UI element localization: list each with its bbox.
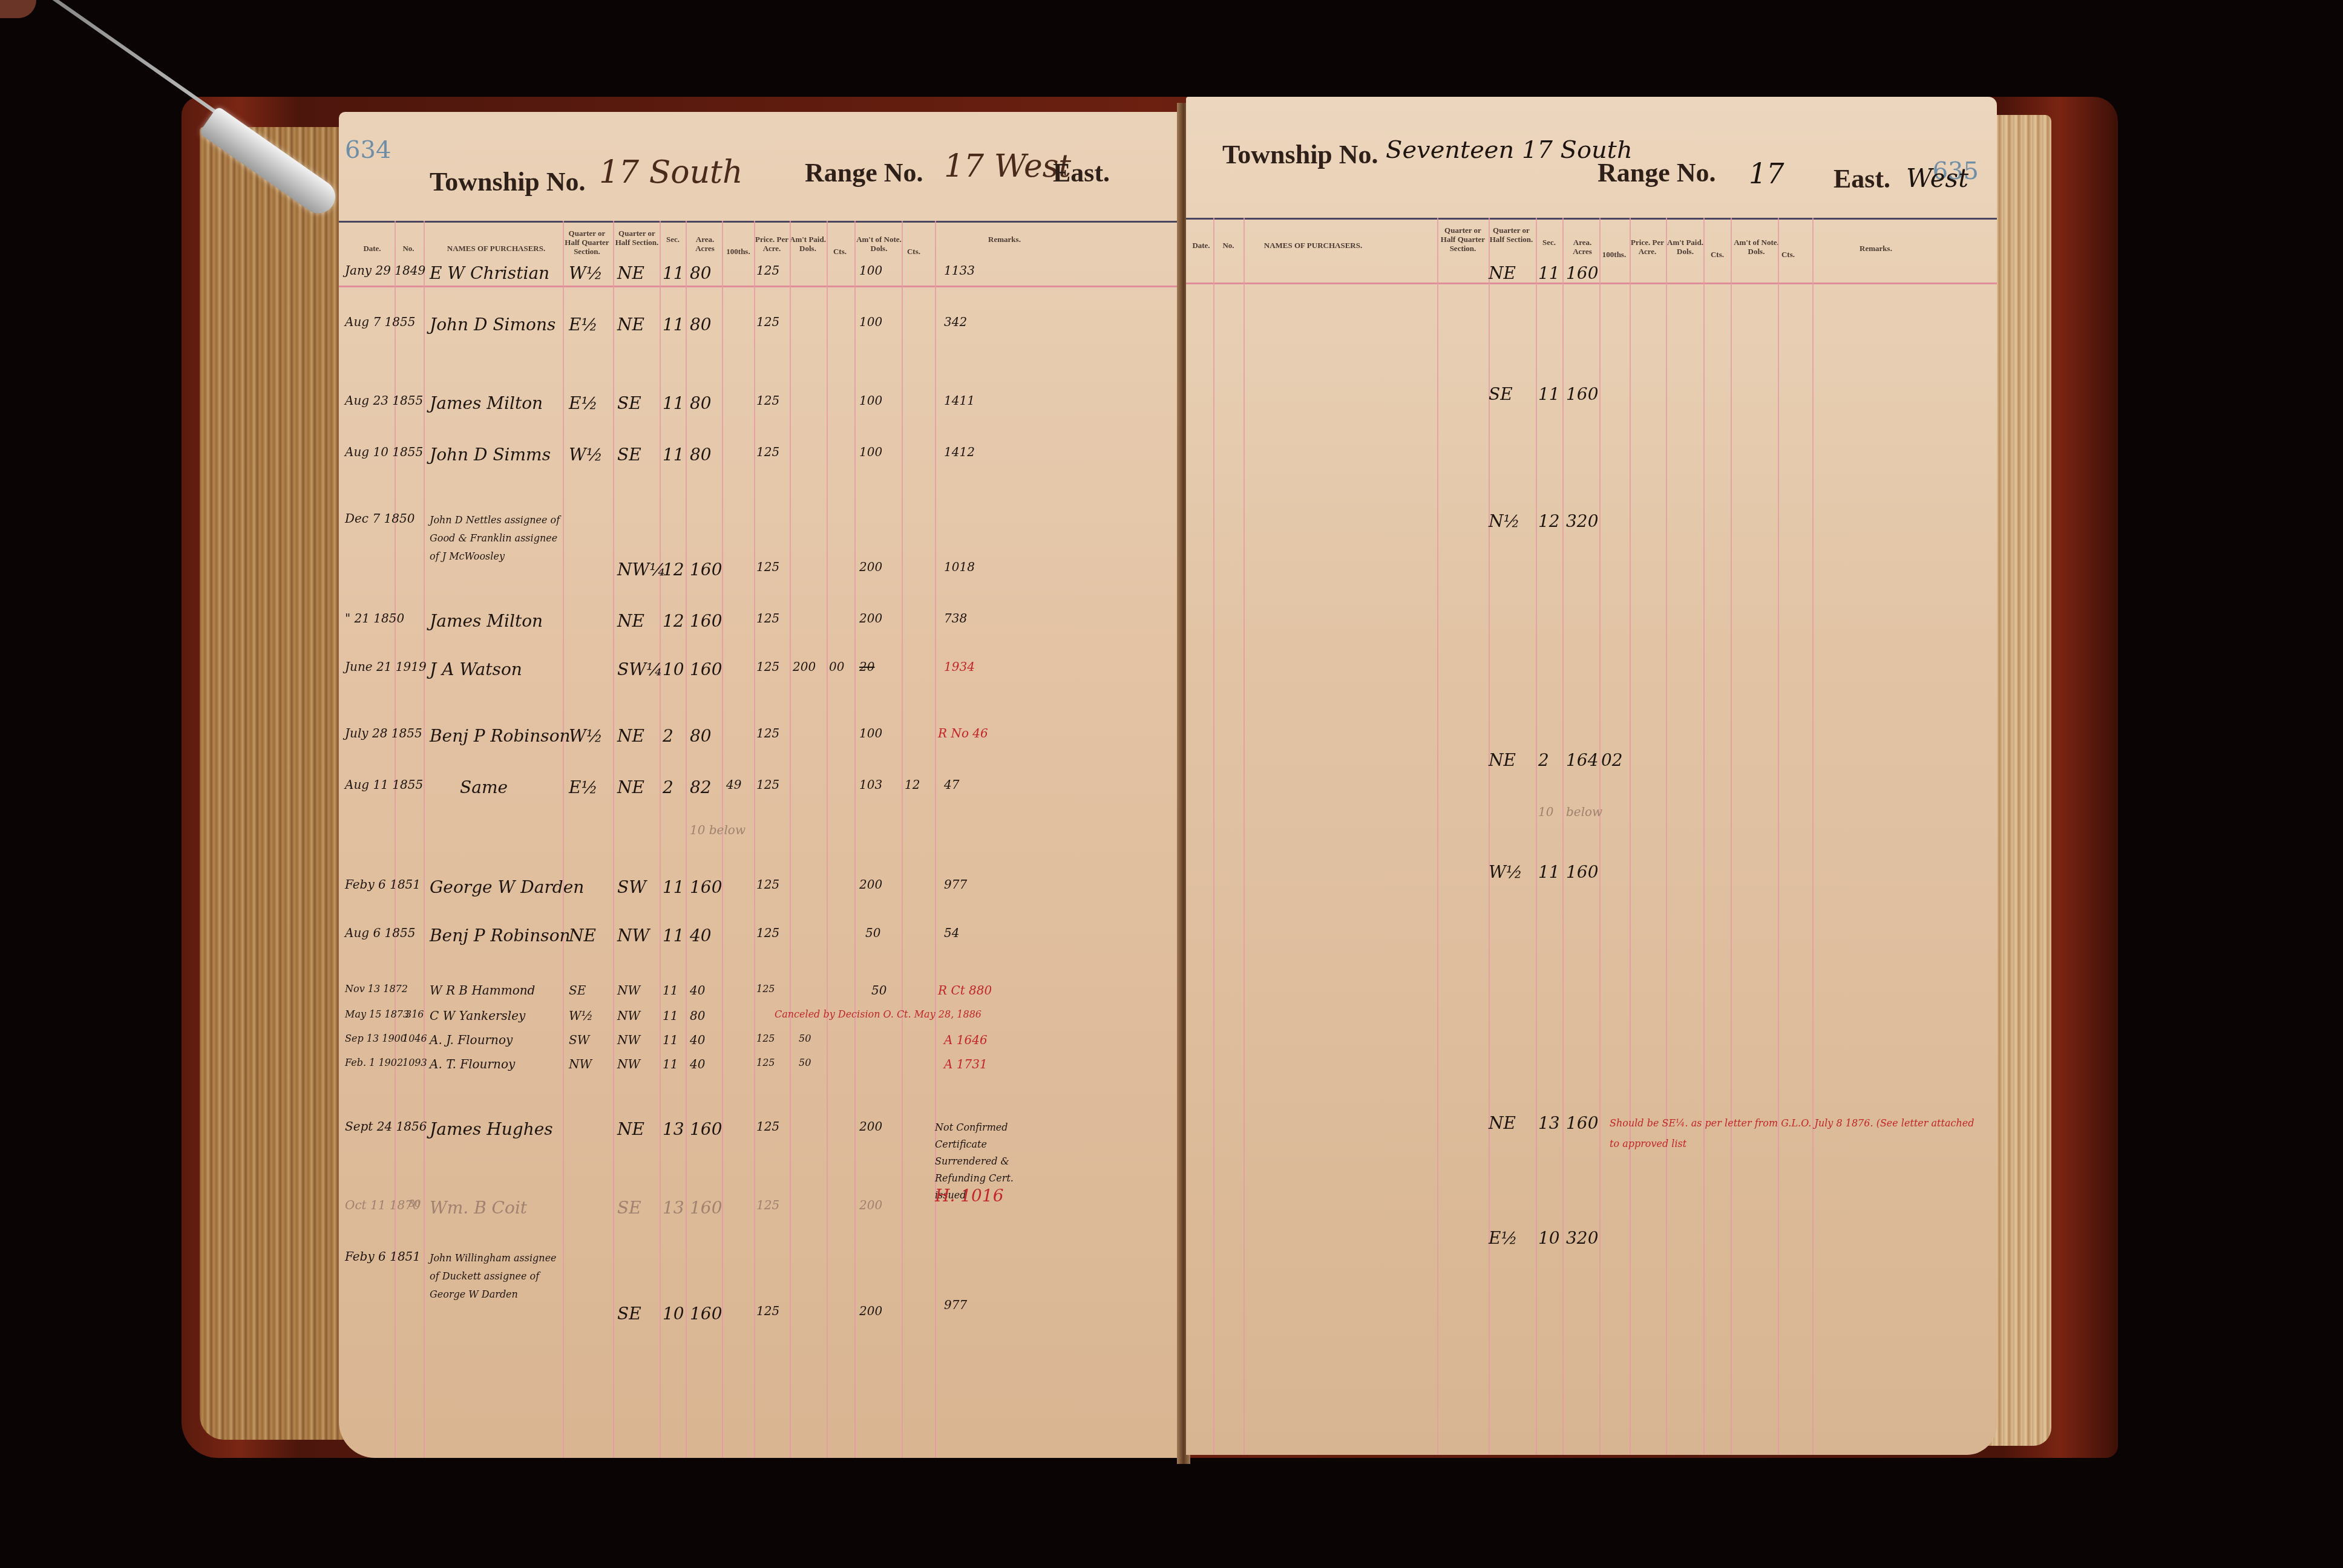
row-remarks: 977 bbox=[944, 1298, 967, 1312]
row-sec: 12 bbox=[663, 560, 684, 580]
row-acres: 80 bbox=[690, 393, 712, 413]
range-direction: East. bbox=[1053, 157, 1110, 188]
row-date: Aug 6 1855 bbox=[345, 926, 415, 940]
row-date: Feb. 1 1902 bbox=[345, 1057, 403, 1068]
row-price: 125 bbox=[756, 1119, 779, 1134]
page-title: Township No. 17 South Range No. 17 West … bbox=[339, 154, 1180, 227]
row-qq: NW bbox=[569, 1057, 592, 1071]
ledger-row: W½ 11 160 bbox=[1186, 862, 1997, 898]
col-hundredths: 100ths. bbox=[723, 247, 753, 256]
row-acres: 160 bbox=[690, 1304, 722, 1324]
row-q: NE bbox=[1489, 263, 1516, 283]
row-q: NW¼ bbox=[617, 560, 666, 580]
row-remarks-red: R Ct 880 bbox=[938, 983, 992, 998]
row-sec: 12 bbox=[663, 611, 684, 631]
row-price: 125 bbox=[756, 1033, 775, 1044]
col-date: Date. bbox=[1189, 241, 1213, 250]
ledger-row: 10 below bbox=[1186, 805, 1997, 841]
hand bbox=[0, 0, 36, 18]
row-acres: 40 bbox=[690, 1033, 705, 1047]
row-sec: 11 bbox=[663, 983, 678, 998]
col-q-section: Quarter or Half Section. bbox=[1489, 226, 1534, 244]
row-date: Dec 7 1850 bbox=[345, 511, 415, 526]
row-q: SE bbox=[617, 393, 641, 413]
row-qq: W½ bbox=[569, 726, 603, 746]
row-acres: 160 bbox=[1566, 384, 1598, 404]
ledger-row: " 21 1850 James Milton NE 12 160 125 200… bbox=[339, 611, 1180, 647]
col-remarks: Remarks. bbox=[968, 235, 1041, 244]
row-qq: E½ bbox=[569, 393, 598, 413]
range-value: 17 bbox=[1749, 157, 1784, 190]
faint-bleed-text: 10 below bbox=[690, 823, 745, 837]
col-note: Am't of Note. Dols. bbox=[1734, 238, 1779, 256]
row-purchaser: John D Simons bbox=[430, 315, 555, 335]
col-paid: Am't Paid. Dols. bbox=[1667, 238, 1703, 256]
col-acres: Area. Acres bbox=[687, 235, 723, 253]
row-sec: 13 bbox=[663, 1198, 684, 1218]
row-sec: 10 bbox=[1538, 805, 1553, 819]
row-acres: 160 bbox=[1566, 862, 1598, 882]
row-acres: 320 bbox=[1566, 1228, 1598, 1248]
row-remarks-red: 1934 bbox=[944, 659, 975, 674]
col-qq-section: Quarter or Half Quarter Section. bbox=[1437, 226, 1489, 253]
row-purchaser: Benj P Robinson bbox=[430, 726, 571, 746]
ledger-row: Feb. 1 1902 1093 A. T. Flournoy NW NW 11… bbox=[339, 1057, 1180, 1081]
row-q: NE bbox=[617, 611, 644, 631]
ledger-row: Jany 29 1849 E W Christian W½ NE 11 80 1… bbox=[339, 263, 1180, 299]
row-acres: 82 bbox=[690, 777, 712, 797]
row-purchaser: E W Christian bbox=[430, 263, 549, 283]
row-acres: 160 bbox=[1566, 263, 1598, 283]
row-remarks-red: H. 1016 bbox=[935, 1186, 1003, 1206]
row-qq: W½ bbox=[569, 445, 603, 465]
row-price: 125 bbox=[756, 659, 779, 674]
row-no: 1093 bbox=[402, 1057, 427, 1068]
row-remarks: 738 bbox=[944, 611, 967, 626]
row-q: NW bbox=[617, 1033, 640, 1047]
ledger-row: Aug 11 1855 Same E½ NE 2 82 49 125 103 1… bbox=[339, 777, 1180, 814]
row-q: SW bbox=[617, 877, 646, 897]
row-remarks: 1018 bbox=[944, 560, 975, 574]
row-date: Feby 6 1851 bbox=[345, 877, 421, 892]
row-note: 100 bbox=[859, 263, 882, 278]
row-date: Sept 24 1856 bbox=[345, 1119, 427, 1134]
col-q-section: Quarter or Half Section. bbox=[614, 229, 660, 247]
row-remarks: 54 bbox=[944, 926, 959, 940]
row-acres: 80 bbox=[690, 726, 712, 746]
row-remarks: 1411 bbox=[944, 393, 975, 408]
row-acres: 320 bbox=[1566, 511, 1598, 531]
row-purchaser: Benj P Robinson bbox=[430, 926, 571, 946]
row-note: 200 bbox=[859, 560, 882, 574]
range-direction: East. bbox=[1833, 163, 1890, 194]
row-acres: 160 bbox=[690, 1119, 722, 1139]
row-purchaser: John D Nettles assignee of Good & Frankl… bbox=[430, 511, 563, 566]
row-date: Sep 13 1900 bbox=[345, 1033, 407, 1044]
row-acres: 160 bbox=[690, 1198, 722, 1218]
row-price: 125 bbox=[756, 726, 779, 740]
row-sec: 2 bbox=[1538, 750, 1549, 770]
row-paid: 50 bbox=[799, 1033, 811, 1044]
row-acres: 80 bbox=[690, 445, 712, 465]
row-note: 200 bbox=[859, 1304, 882, 1318]
row-purchaser: John Willingham assignee of Duckett assi… bbox=[430, 1249, 563, 1304]
ledger-row: NE 11 160 bbox=[1186, 263, 1997, 299]
row-q: NW bbox=[617, 1057, 640, 1071]
ledger-row: July 28 1855 Benj P Robinson W½ NE 2 80 … bbox=[339, 726, 1180, 762]
row-note: 50 bbox=[865, 926, 880, 940]
row-q: NE bbox=[617, 1119, 644, 1139]
row-remarks: 977 bbox=[944, 877, 967, 892]
row-purchaser: James Milton bbox=[430, 611, 543, 631]
col-price: Price. Per Acre. bbox=[1631, 238, 1664, 256]
row-sec: 10 bbox=[663, 1304, 684, 1324]
row-purchaser: A. T. Flournoy bbox=[430, 1057, 515, 1071]
col-note-cts: Cts. bbox=[902, 247, 926, 256]
row-purchaser: Wm. B Coit bbox=[430, 1198, 527, 1218]
ledger-row: Feby 6 1851 John Willingham assignee of … bbox=[339, 1249, 1180, 1346]
row-paid: 50 bbox=[799, 1057, 811, 1068]
row-remarks-red: A 1646 bbox=[944, 1033, 988, 1047]
row-note: 100 bbox=[859, 393, 882, 408]
row-purchaser: Same bbox=[460, 777, 508, 797]
range-direction-hand: West bbox=[1906, 163, 1968, 193]
row-price: 125 bbox=[756, 777, 779, 792]
row-note-cts: 12 bbox=[905, 777, 920, 792]
row-purchaser: J A Watson bbox=[430, 659, 522, 679]
row-sec: 12 bbox=[1538, 511, 1560, 531]
row-qq: SW bbox=[569, 1033, 589, 1047]
row-purchaser: W R B Hammond bbox=[430, 983, 535, 998]
row-q: SE bbox=[617, 445, 641, 465]
row-sec: 11 bbox=[1538, 862, 1560, 882]
row-note: 20 bbox=[859, 659, 874, 674]
row-date: Aug 11 1855 bbox=[345, 777, 423, 792]
row-price: 125 bbox=[756, 263, 779, 278]
row-sec: 11 bbox=[663, 393, 684, 413]
row-q: NE bbox=[617, 263, 644, 283]
row-remarks: 342 bbox=[944, 315, 967, 329]
ledger-row: N½ 12 320 bbox=[1186, 511, 1997, 547]
col-qq-section: Quarter or Half Quarter Section. bbox=[563, 229, 611, 256]
row-sec: 11 bbox=[663, 315, 684, 335]
left-page: 634 Township No. 17 South Range No. 17 W… bbox=[339, 112, 1180, 1458]
row-sec: 11 bbox=[663, 877, 684, 897]
ledger-row: Aug 7 1855 John D Simons E½ NE 11 80 125… bbox=[339, 315, 1180, 351]
row-sec: 11 bbox=[663, 926, 684, 946]
row-note: 103 bbox=[859, 777, 882, 792]
row-purchaser: C W Yankersley bbox=[430, 1008, 525, 1023]
row-sec: 11 bbox=[663, 445, 684, 465]
row-acres: 40 bbox=[690, 1057, 705, 1071]
row-date: July 28 1855 bbox=[345, 726, 422, 740]
row-sec: 2 bbox=[663, 726, 673, 746]
row-price: 125 bbox=[756, 611, 779, 626]
col-sec: Sec. bbox=[661, 235, 685, 244]
row-note: 100 bbox=[859, 726, 882, 740]
row-remarks-red: R No 46 bbox=[938, 726, 988, 740]
row-note: below bbox=[1566, 805, 1602, 819]
col-purchasers: NAMES OF PURCHASERS. bbox=[430, 244, 563, 253]
row-acres: 160 bbox=[690, 877, 722, 897]
row-date: Jany 29 1849 bbox=[345, 263, 425, 278]
row-q: NE bbox=[617, 777, 644, 797]
row-qq: NE bbox=[569, 926, 596, 946]
row-paid: 200 bbox=[793, 659, 816, 674]
row-date: Nov 13 1872 bbox=[345, 983, 408, 995]
row-remarks: 1412 bbox=[944, 445, 975, 459]
row-remarks-red: Canceled by Decision O. Ct. May 28, 1886 bbox=[775, 1008, 981, 1020]
row-date: May 15 1873 bbox=[345, 1008, 409, 1020]
row-acres: 40 bbox=[690, 983, 705, 998]
left-page-stack bbox=[200, 127, 351, 1440]
row-purchaser: A. J. Flournoy bbox=[430, 1033, 513, 1047]
col-paid: Am't Paid. Dols. bbox=[790, 235, 826, 253]
col-note: Am't of Note. Dols. bbox=[856, 235, 902, 253]
ledger-row: Aug 10 1855 John D Simms W½ SE 11 80 125… bbox=[339, 445, 1180, 481]
row-q: NW bbox=[617, 983, 640, 998]
row-remarks: 1133 bbox=[944, 263, 975, 278]
range-label: Range No. bbox=[805, 157, 923, 188]
col-price: Price. Per Acre. bbox=[755, 235, 788, 253]
col-date: Date. bbox=[351, 244, 393, 253]
ledger-row: NE 2 164 02 bbox=[1186, 750, 1997, 786]
col-remarks: Remarks. bbox=[1840, 244, 1912, 253]
row-price: 125 bbox=[756, 1057, 775, 1068]
row-note: 200 bbox=[859, 877, 882, 892]
row-acres: 160 bbox=[1566, 1113, 1598, 1133]
row-sec: 13 bbox=[1538, 1113, 1560, 1133]
township-label: Township No. bbox=[1222, 139, 1378, 170]
row-date: June 21 1919 bbox=[345, 659, 427, 674]
col-paid-cts: Cts. bbox=[828, 247, 852, 256]
col-paid-cts: Cts. bbox=[1705, 250, 1729, 259]
row-sec: 11 bbox=[663, 1057, 678, 1071]
col-no: No. bbox=[1216, 241, 1240, 250]
ledger-row: Sept 24 1856 James Hughes NE 13 160 125 … bbox=[339, 1119, 1180, 1198]
row-price: 125 bbox=[756, 393, 779, 408]
row-acres: 160 bbox=[690, 659, 722, 679]
row-date: Aug 23 1855 bbox=[345, 393, 423, 408]
page-title: Township No. Seventeen 17 South Range No… bbox=[1186, 139, 1997, 212]
row-q: NW bbox=[617, 926, 649, 946]
row-remarks-red: A 1731 bbox=[944, 1057, 988, 1071]
row-purchaser: James Hughes bbox=[430, 1119, 553, 1139]
row-q: SW¼ bbox=[617, 659, 663, 679]
ledger-row: E½ 10 320 bbox=[1186, 1228, 1997, 1264]
col-no: No. bbox=[396, 244, 421, 253]
row-qq: W½ bbox=[569, 1008, 593, 1023]
col-acres: Area. Acres bbox=[1564, 238, 1601, 256]
row-no: 1046 bbox=[402, 1033, 427, 1044]
right-page: 635 Township No. Seventeen 17 South Rang… bbox=[1186, 97, 1997, 1455]
row-sec: 11 bbox=[663, 1008, 678, 1023]
col-hundredths: 100ths. bbox=[1601, 250, 1628, 259]
row-q: SE bbox=[617, 1304, 641, 1324]
row-acres: 160 bbox=[690, 560, 722, 580]
col-purchasers: NAMES OF PURCHASERS. bbox=[1253, 241, 1374, 250]
row-price: 125 bbox=[756, 560, 779, 574]
row-q: SE bbox=[1489, 384, 1513, 404]
row-sec: 10 bbox=[663, 659, 684, 679]
ledger-row: Nov 13 1872 W R B Hammond SE NW 11 40 12… bbox=[339, 983, 1180, 1007]
row-qq: W½ bbox=[569, 263, 603, 283]
row-acres: 80 bbox=[690, 263, 712, 283]
row-note: 200 bbox=[859, 1119, 882, 1134]
ledger-row: Dec 7 1850 John D Nettles assignee of Go… bbox=[339, 511, 1180, 602]
bleed-through-note: 10 below bbox=[339, 823, 1180, 859]
row-remarks: 47 bbox=[944, 777, 959, 792]
ledger-row: Aug 23 1855 James Milton E½ SE 11 80 125… bbox=[339, 393, 1180, 430]
row-q: W½ bbox=[1489, 862, 1522, 882]
township-value: 17 South bbox=[599, 154, 743, 191]
row-purchaser: George W Darden bbox=[430, 877, 584, 897]
ledger-row: SE 11 160 bbox=[1186, 384, 1997, 420]
row-q: NE bbox=[1489, 750, 1516, 770]
row-q: NW bbox=[617, 1008, 640, 1023]
row-qq: SE bbox=[569, 983, 586, 998]
row-q: NE bbox=[1489, 1113, 1516, 1133]
row-sec: 11 bbox=[1538, 384, 1560, 404]
row-sec: 2 bbox=[663, 777, 673, 797]
row-price: 125 bbox=[756, 926, 779, 940]
row-q: NE bbox=[617, 726, 644, 746]
row-sec: 10 bbox=[1538, 1228, 1560, 1248]
row-qq: E½ bbox=[569, 777, 598, 797]
row-qq: E½ bbox=[569, 315, 598, 335]
row-q: SE bbox=[617, 1198, 641, 1218]
row-price: 125 bbox=[756, 445, 779, 459]
row-purchaser: James Milton bbox=[430, 393, 543, 413]
range-label: Range No. bbox=[1597, 157, 1716, 188]
row-date: Aug 10 1855 bbox=[345, 445, 423, 459]
row-note: 200 bbox=[859, 1198, 882, 1212]
row-sec: 11 bbox=[663, 1033, 678, 1047]
row-hundredths: 02 bbox=[1601, 750, 1623, 770]
row-no: 80 bbox=[408, 1198, 421, 1209]
range-value: 17 West bbox=[944, 148, 1071, 185]
row-acres: 164 bbox=[1566, 750, 1598, 770]
row-price: 125 bbox=[756, 315, 779, 329]
row-sec: 11 bbox=[663, 263, 684, 283]
row-date: Feby 6 1851 bbox=[345, 1249, 421, 1264]
row-price: 125 bbox=[756, 983, 775, 995]
row-acres: 160 bbox=[690, 611, 722, 631]
row-note: 100 bbox=[859, 445, 882, 459]
row-q: NE bbox=[617, 315, 644, 335]
row-acres: 80 bbox=[690, 1008, 705, 1023]
township-value: Seventeen 17 South bbox=[1386, 136, 1633, 164]
row-sec: 11 bbox=[1538, 263, 1560, 283]
row-q: N½ bbox=[1489, 511, 1520, 531]
row-no: 316 bbox=[405, 1008, 424, 1020]
row-paid-cts: 00 bbox=[829, 659, 844, 674]
row-q: E½ bbox=[1489, 1228, 1518, 1248]
row-price: 125 bbox=[756, 1304, 779, 1318]
ledger-row: May 15 1873 316 C W Yankersley W½ NW 11 … bbox=[339, 1008, 1180, 1033]
col-sec: Sec. bbox=[1537, 238, 1561, 247]
ledger-row: Feby 6 1851 George W Darden SW 11 160 12… bbox=[339, 877, 1180, 913]
ledger-row-faded: Oct 11 1870 80 Wm. B Coit SE 13 160 125 … bbox=[339, 1198, 1180, 1234]
row-price: 125 bbox=[756, 1198, 779, 1212]
row-acres: 40 bbox=[690, 926, 712, 946]
row-acres: 80 bbox=[690, 315, 712, 335]
ledger-row: Sep 13 1900 1046 A. J. Flournoy SW NW 11… bbox=[339, 1033, 1180, 1057]
row-date: " 21 1850 bbox=[345, 611, 404, 626]
row-remarks-red: Should be SE¼. as per letter from G.L.O.… bbox=[1610, 1113, 1985, 1154]
ledger-row: June 21 1919 J A Watson SW¼ 10 160 125 2… bbox=[339, 659, 1180, 696]
ledger-row: Aug 6 1855 Benj P Robinson NE NW 11 40 1… bbox=[339, 926, 1180, 962]
row-purchaser: John D Simms bbox=[430, 445, 551, 465]
row-note: 50 bbox=[871, 983, 886, 998]
row-date: Aug 7 1855 bbox=[345, 315, 415, 329]
row-hundredths: 49 bbox=[726, 777, 741, 792]
col-note-cts: Cts. bbox=[1776, 250, 1800, 259]
row-note: 200 bbox=[859, 611, 882, 626]
ledger-row: NE 13 160 Should be SE¼. as per letter f… bbox=[1186, 1113, 1997, 1161]
row-note: 100 bbox=[859, 315, 882, 329]
row-sec: 13 bbox=[663, 1119, 684, 1139]
row-price: 125 bbox=[756, 877, 779, 892]
township-label: Township No. bbox=[430, 166, 586, 197]
